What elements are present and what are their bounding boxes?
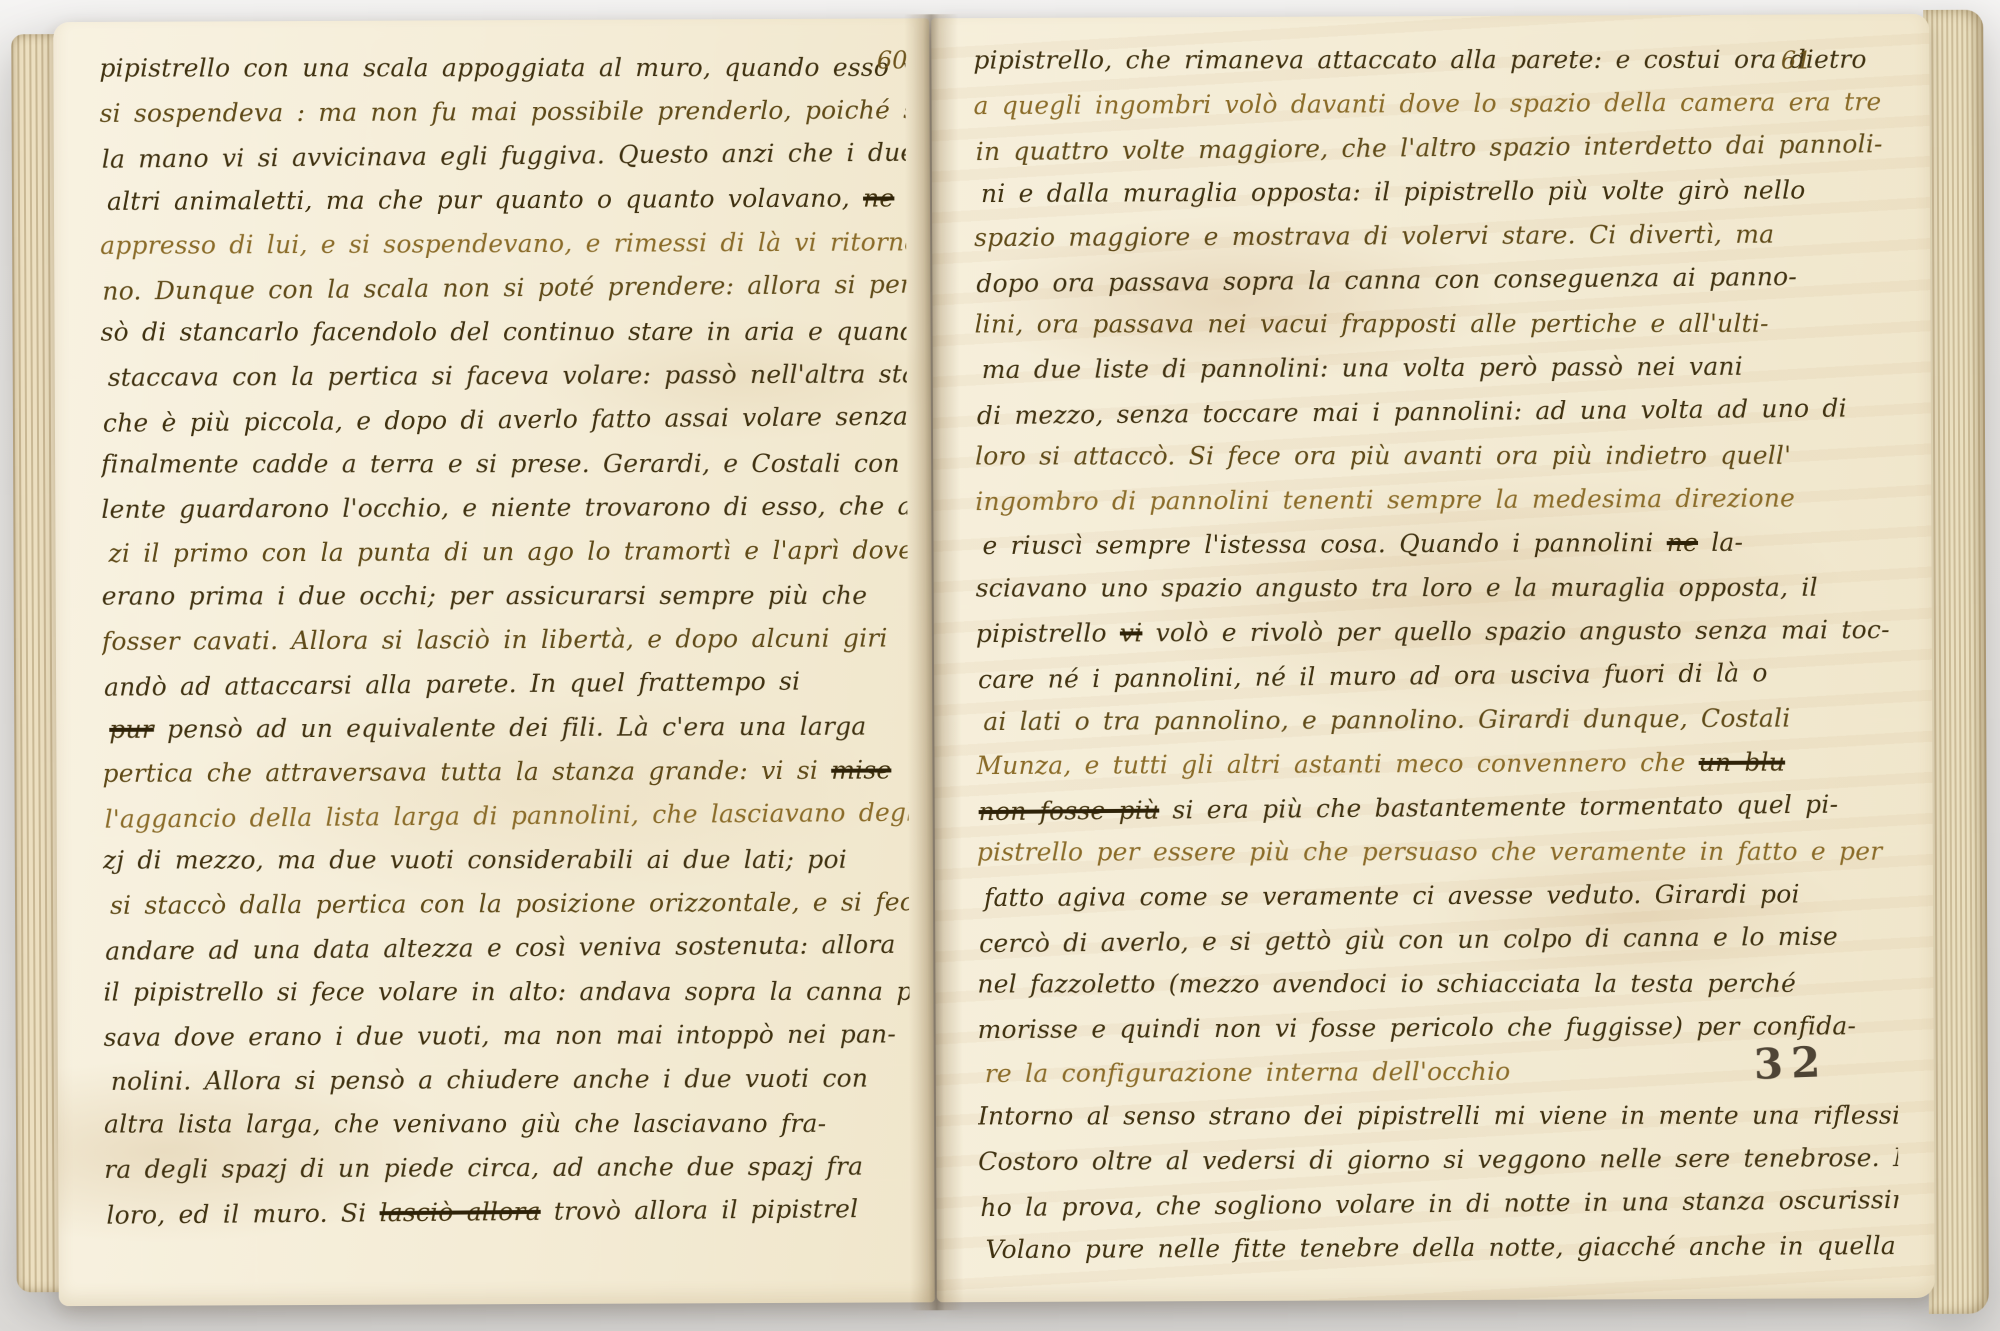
manuscript-line: sò di stancarlo facendolo del continuo s… <box>101 310 907 355</box>
handwritten-text: ai lati o tra pannolino, e pannolino. Gi… <box>983 704 1790 737</box>
struck-text: non fosse più <box>979 796 1160 827</box>
handwritten-text: andare ad una data altezza e così veniva… <box>105 930 896 966</box>
manuscript-line: Munza, e tutti gli altri astanti meco co… <box>976 740 1896 788</box>
manuscript-line: staccava con la pertica si faceva volare… <box>108 352 911 400</box>
handwritten-text: ra degli spazj di un piede circa, ad anc… <box>104 1152 863 1184</box>
manuscript-line: loro si attaccò. Si fece ora più avanti … <box>975 434 1895 479</box>
handwritten-text: la mano vi si avvicinava egli fuggiva. Q… <box>102 138 911 174</box>
manuscript-line: Intorno al senso strano dei pipistrelli … <box>978 1094 1898 1139</box>
manuscript-line: ai lati o tra pannolino, e pannolino. Gi… <box>983 696 1899 744</box>
handwritten-text: si sospendeva : ma non fu mai possibile … <box>100 95 911 128</box>
handwritten-text: la- <box>1698 528 1743 557</box>
handwritten-text: appresso di lui, e si sospendevano, e ri… <box>100 227 911 260</box>
manuscript-line: pur pensò ad un equivalente dei fili. Là… <box>109 704 911 752</box>
manuscript-line: altra lista larga, che venivano giù che … <box>104 1102 910 1147</box>
handwritten-text: pipistrello con una scala appoggiata al … <box>99 53 910 83</box>
manuscript-line: fosser cavati. Allora si lasciò in liber… <box>102 616 908 664</box>
handwritten-text: cercò di averlo, e si gettò giù con un c… <box>979 922 1838 958</box>
handwritten-text: staccava con la pertica si faceva volare… <box>108 359 911 392</box>
handwritten-text: loro, ed il muro. Si <box>106 1198 379 1229</box>
manuscript-line: ho la prova, che sogliono volare in di n… <box>980 1178 1899 1230</box>
manuscript-line: pipistrello vi volò e rivolò per quello … <box>976 608 1896 656</box>
struck-text: mise <box>831 755 891 784</box>
handwritten-text: si era più che bastantemente tormentato … <box>1159 790 1838 825</box>
handwritten-text: lente guardarono l'occhio, e niente trov… <box>101 491 910 524</box>
handwritten-text: Munza, e tutti gli altri astanti meco co… <box>976 748 1698 780</box>
manuscript-line: ma due liste di pannolini: una volta per… <box>982 344 1899 392</box>
handwritten-text: zi il primo con la punta di un ago lo tr… <box>108 535 910 568</box>
handwritten-text: pipistrello, che rimaneva attaccato alla… <box>973 45 1866 75</box>
manuscript-line: pipistrello con una scala appoggiata al … <box>99 46 905 91</box>
manuscript-line: nel fazzoletto (mezzo avendoci io schiac… <box>977 962 1897 1007</box>
handwritten-text: ni e dalla muraglia opposta: il pipistre… <box>981 175 1806 208</box>
manuscript-line: sava dove erano i due vuoti, ma non mai … <box>104 1012 910 1060</box>
handwritten-text: ingombro di pannolini tenenti sempre la … <box>975 484 1795 517</box>
manuscript-line: il pipistrello si fece volare in alto: a… <box>103 970 909 1015</box>
left-page-text: pipistrello con una scala appoggiata al … <box>99 44 910 1288</box>
manuscript-line: si sospendeva : ma non fu mai possibile … <box>99 88 905 136</box>
handwritten-text: altra lista larga, che venivano giù che … <box>104 1109 826 1139</box>
manuscript-line: ra degli spazj di un piede circa, ad anc… <box>104 1144 910 1192</box>
manuscript-line: ni e dalla muraglia opposta: il pipistre… <box>981 168 1899 216</box>
handwritten-text: loro si attaccò. Si fece ora più avanti … <box>975 441 1791 471</box>
manuscript-line: erano prima i due occhi; per assicurarsi… <box>102 574 908 619</box>
manuscript-line: lente guardarono l'occhio, e niente trov… <box>101 484 907 532</box>
right-page: 61 32 pipistrello, che rimaneva attaccat… <box>931 14 1935 1302</box>
handwritten-text: finalmente cadde a terra e si prese. Ger… <box>101 449 900 479</box>
manuscript-line: la mano vi si avvicinava egli fuggiva. Q… <box>102 131 908 182</box>
page-number-stamp: 32 <box>1752 1037 1828 1089</box>
handwritten-text: ma due liste di pannolini: una volta per… <box>982 352 1743 384</box>
struck-text: un blu <box>1699 748 1786 777</box>
handwritten-text: altri animaletti, ma che pur quanto o qu… <box>107 184 863 216</box>
manuscript-line: loro, ed il muro. Si lasciò allora trovò… <box>106 1187 910 1238</box>
handwritten-text: lini, ora passava nei vacui frapposti al… <box>975 309 1769 339</box>
manuscript-line: l'aggancio della lista larga di pannolin… <box>104 791 910 842</box>
manuscript-line: zj di mezzo, ma due vuoti considerabili … <box>103 838 909 883</box>
handwritten-text: care né i pannolini, né il muro ad ora u… <box>978 658 1768 694</box>
manuscript-line: pertica che attraversava tutta la stanza… <box>102 748 908 796</box>
handwritten-text: trovò allora il pipistrel <box>541 1194 859 1226</box>
struck-text: pur <box>109 715 154 744</box>
handwritten-text: pertica che attraversava tutta la stanza… <box>102 756 831 788</box>
book-gutter <box>904 14 964 1310</box>
manuscript-line: ingombro di pannolini tenenti sempre la … <box>975 476 1895 524</box>
struck-text: vi <box>1120 618 1143 647</box>
handwritten-text: si staccò dalla pertica con la posizione… <box>110 887 911 920</box>
manuscript-line: cercò di averlo, e si gettò giù con un c… <box>979 914 1899 966</box>
handwritten-text: andò ad attaccarsi alla parete. In quel … <box>104 667 800 702</box>
handwritten-text: sò di stancarlo facendolo del continuo s… <box>101 317 911 347</box>
manuscript-line: non fosse più si era più che bastantemen… <box>978 782 1898 834</box>
right-folio-number: 61 <box>1781 46 1812 74</box>
manuscript-line: che è più piccola, e dopo di averlo fatt… <box>103 395 909 446</box>
left-folio-number: 60 <box>877 46 908 74</box>
manuscript-line: no. Dunque con la scala non si poté pren… <box>102 263 908 314</box>
handwritten-text: l'aggancio della lista larga di pannolin… <box>105 797 911 834</box>
manuscript-line: altri animaletti, ma che pur quanto o qu… <box>107 176 911 224</box>
handwritten-text: pistrello per essere più che persuaso ch… <box>977 837 1883 867</box>
open-notebook: 60 pipistrello con una scala appoggiata … <box>11 2 1989 1327</box>
handwritten-text: pipistrello <box>976 618 1120 648</box>
handwritten-text: re la configurazione interna dell'occhio <box>985 1057 1511 1088</box>
manuscript-line: di mezzo, senza toccare mai i pannolini:… <box>977 386 1897 438</box>
handwritten-text: in quattro volte maggiore, che l'altro s… <box>976 129 1883 166</box>
manuscript-line: a quegli ingombri volò davanti dove lo s… <box>973 80 1893 128</box>
photo-backdrop: 60 pipistrello con una scala appoggiata … <box>0 0 2000 1331</box>
struck-text: lasciò allora <box>379 1197 540 1227</box>
handwritten-text: volò e rivolò per quello spazio angusto … <box>1142 615 1889 647</box>
right-page-text: pipistrello, che rimaneva attaccato alla… <box>973 36 1898 1288</box>
handwritten-text: sciavano uno spazio angusto tra loro e l… <box>976 573 1818 603</box>
handwritten-text: ho la prova, che sogliono volare in di n… <box>980 1185 1898 1222</box>
manuscript-line: sciavano uno spazio angusto tra loro e l… <box>976 566 1896 611</box>
manuscript-line: pipistrello, che rimaneva attaccato alla… <box>973 38 1893 83</box>
handwritten-text: che è più piccola, e dopo di averlo fatt… <box>103 401 911 438</box>
handwritten-text: Volano pure nelle fitte tenebre della no… <box>985 1231 1895 1264</box>
handwritten-text: Intorno al senso strano dei pipistrelli … <box>978 1101 1899 1131</box>
handwritten-text: di mezzo, senza toccare mai i pannolini:… <box>977 394 1847 431</box>
handwritten-text: a quegli ingombri volò davanti dove lo s… <box>974 87 1882 120</box>
handwritten-text: e riuscì sempre l'istessa cosa. Quando i… <box>982 528 1666 560</box>
handwritten-text: fosser cavati. Allora si lasciò in liber… <box>102 623 888 655</box>
manuscript-line: andò ad attaccarsi alla parete. In quel … <box>104 659 910 710</box>
handwritten-text: erano prima i due occhi; per assicurarsi… <box>102 581 868 611</box>
handwritten-text: zj di mezzo, ma due vuoti considerabili … <box>103 845 847 875</box>
handwritten-text: no. Dunque con la scala non si poté pren… <box>102 269 910 305</box>
manuscript-line: appresso di lui, e si sospendevano, e ri… <box>100 220 906 268</box>
handwritten-text: il pipistrello si fece volare in alto: a… <box>103 977 910 1007</box>
manuscript-line: andare ad una data altezza e così veniva… <box>105 923 911 974</box>
manuscript-line: care né i pannolini, né il muro ad ora u… <box>978 650 1898 702</box>
manuscript-line: Costoro oltre al vedersi di giorno si ve… <box>978 1136 1898 1184</box>
handwritten-text: morisse e quindi non vi fosse pericolo c… <box>978 1011 1857 1044</box>
manuscript-line: e riuscì sempre l'istessa cosa. Quando i… <box>982 520 1898 568</box>
left-page: 60 pipistrello con una scala appoggiata … <box>53 18 935 1306</box>
handwritten-text: pensò ad un equivalente dei fili. Là c'e… <box>154 712 867 744</box>
manuscript-line: si staccò dalla pertica con la posizione… <box>110 880 911 928</box>
manuscript-line: pistrello per essere più che persuaso ch… <box>977 830 1897 875</box>
struck-text: ne <box>863 183 894 212</box>
manuscript-line: lini, ora passava nei vacui frapposti al… <box>975 302 1895 347</box>
manuscript-line: finalmente cadde a terra e si prese. Ger… <box>101 442 907 487</box>
handwritten-text: sava dove erano i due vuoti, ma non mai … <box>104 1019 897 1051</box>
manuscript-line: nolini. Allora si pensò a chiudere anche… <box>111 1056 911 1104</box>
manuscript-line: dopo ora passava sopra la canna con cons… <box>976 254 1896 306</box>
handwritten-text: fatto agiva come se veramente ci avesse … <box>984 880 1800 913</box>
manuscript-line: in quattro volte maggiore, che l'altro s… <box>976 122 1896 174</box>
manuscript-line: fatto agiva come se veramente ci avesse … <box>984 872 1899 920</box>
manuscript-line: Volano pure nelle fitte tenebre della no… <box>985 1224 1898 1272</box>
manuscript-line: zi il primo con la punta di un ago lo tr… <box>108 528 910 576</box>
struck-text: ne <box>1667 528 1698 557</box>
handwritten-text: spazio maggiore e mostrava di volervi st… <box>974 220 1774 252</box>
handwritten-text: nolini. Allora si pensò a chiudere anche… <box>111 1064 868 1096</box>
handwritten-text: Costoro oltre al vedersi di giorno si ve… <box>978 1143 1899 1176</box>
handwritten-text: nel fazzoletto (mezzo avendoci io schiac… <box>977 969 1796 999</box>
handwritten-text: dopo ora passava sopra la canna con cons… <box>976 262 1797 298</box>
manuscript-line: spazio maggiore e mostrava di volervi st… <box>974 212 1894 260</box>
